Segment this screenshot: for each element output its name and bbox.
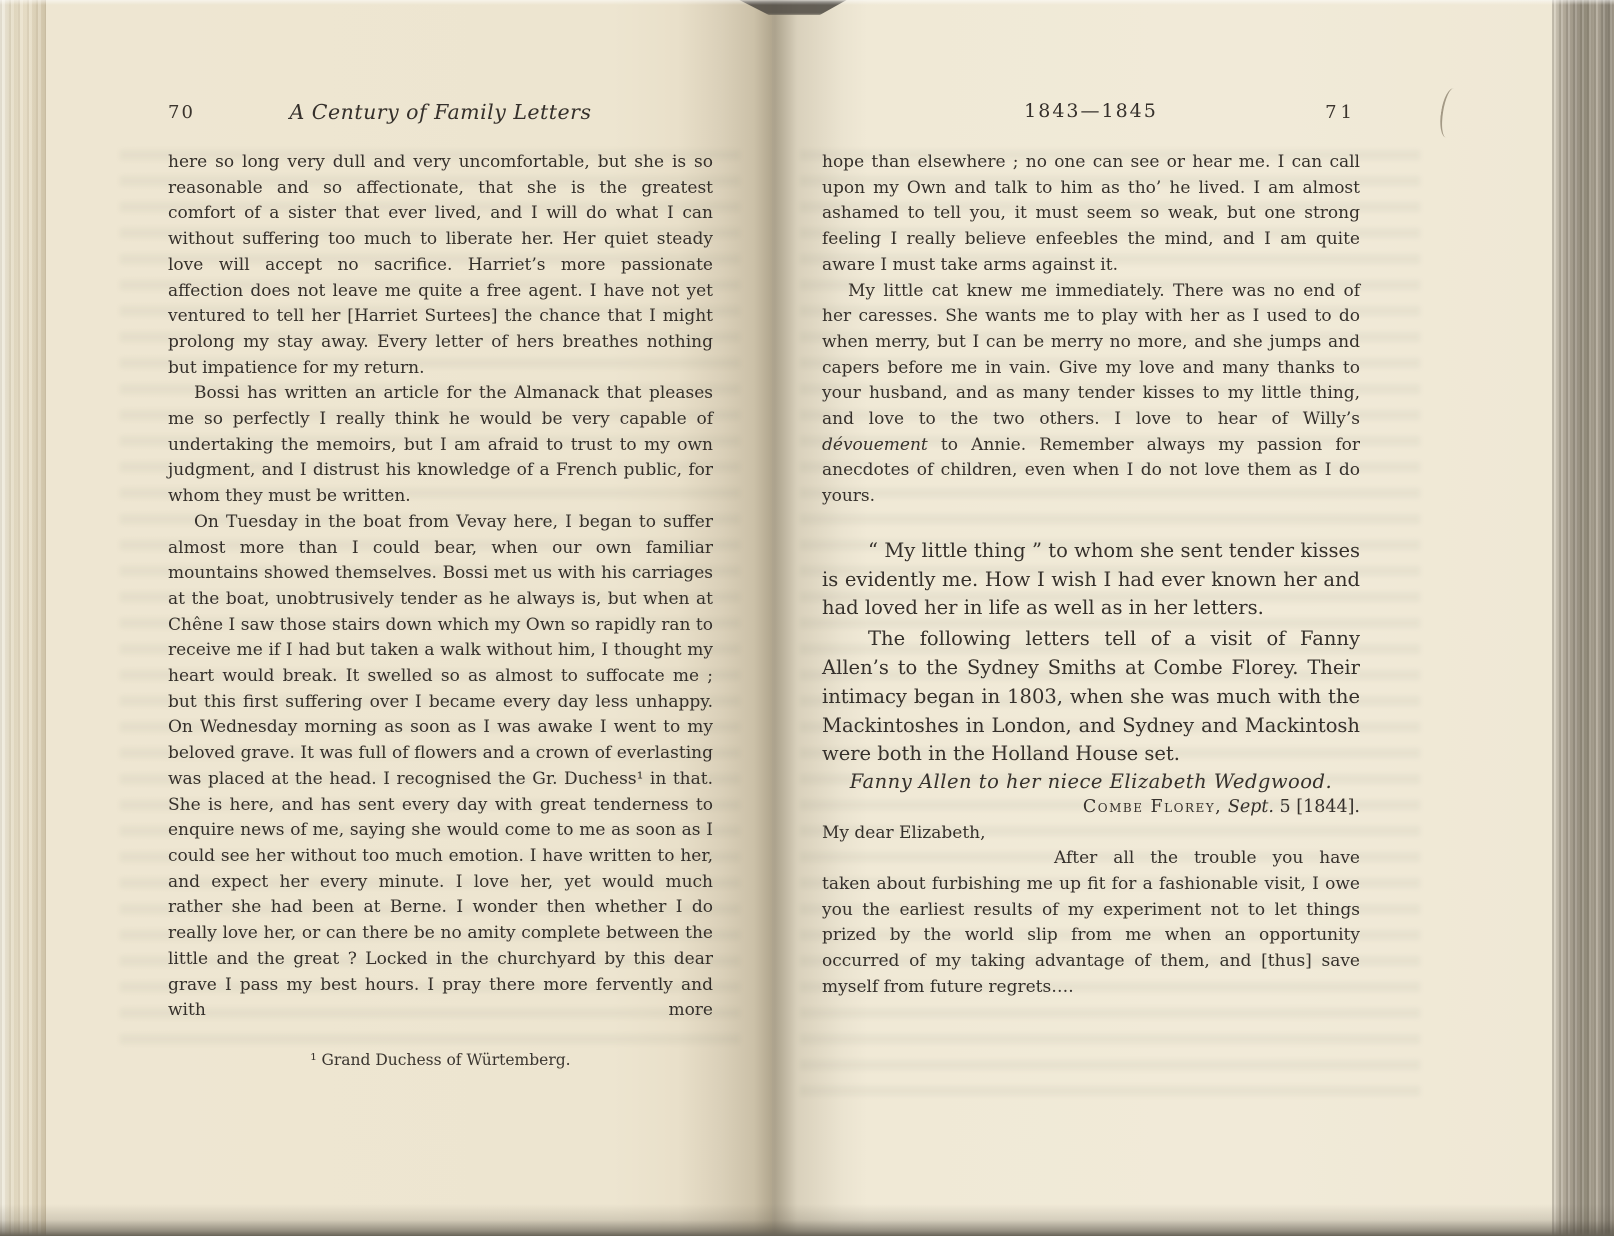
dateline-place: Combe Florey, xyxy=(1083,797,1222,817)
dateline-rest: 5 [1844]. xyxy=(1274,797,1360,817)
letter-body: After all the trouble you have taken abo… xyxy=(822,846,1360,1000)
paragraph: hope than elsewhere ; no one can see or … xyxy=(822,150,1360,279)
left-page-edges xyxy=(0,0,46,1236)
right-page-content: 1843—1845 71 hope than elsewhere ; no on… xyxy=(822,0,1360,1236)
paragraph: My little cat knew me immediately. There… xyxy=(822,279,1360,510)
right-page-number: 71 xyxy=(1325,102,1356,123)
paragraph: here so long very dull and very uncomfor… xyxy=(168,150,713,381)
book-scan: 70 A Century of Family Letters here so l… xyxy=(0,0,1614,1236)
left-edge-streaks xyxy=(0,0,46,1236)
paragraph: Bossi has written an article for the Alm… xyxy=(168,381,713,510)
right-page-header: 1843—1845 71 xyxy=(822,100,1360,130)
editorial-commentary: “ My little thing ” to whom she sent ten… xyxy=(822,537,1360,769)
commentary-paragraph: “ My little thing ” to whom she sent ten… xyxy=(822,537,1360,623)
fore-edge-page-stack xyxy=(1552,0,1614,1236)
commentary-paragraph: The following letters tell of a visit of… xyxy=(822,625,1360,769)
paragraph: On Tuesday in the boat from Vevay here, … xyxy=(168,510,713,1024)
running-title: A Century of Family Letters xyxy=(168,100,713,124)
letter-dateline: Combe Florey, Sept. 5 [1844]. xyxy=(822,795,1360,821)
paragraph-text: My little cat knew me immediately. There… xyxy=(822,281,1360,430)
letter-salutation: My dear Elizabeth, xyxy=(822,821,1360,847)
footnote: ¹ Grand Duchess of Würtemberg. xyxy=(168,1051,713,1069)
header-date-range: 1843—1845 xyxy=(822,100,1360,122)
left-page-header: 70 A Century of Family Letters xyxy=(168,100,713,130)
letter-heading: Fanny Allen to her niece Elizabeth Wedgw… xyxy=(822,769,1360,795)
left-page-content: 70 A Century of Family Letters here so l… xyxy=(168,0,713,1236)
left-page-body: here so long very dull and very uncomfor… xyxy=(168,150,713,1024)
dateline-month: Sept. xyxy=(1228,797,1274,817)
italic-word: dévouement xyxy=(822,435,928,455)
right-page-body: hope than elsewhere ; no one can see or … xyxy=(822,150,1360,1001)
fore-edge-streaks xyxy=(1552,0,1614,1236)
